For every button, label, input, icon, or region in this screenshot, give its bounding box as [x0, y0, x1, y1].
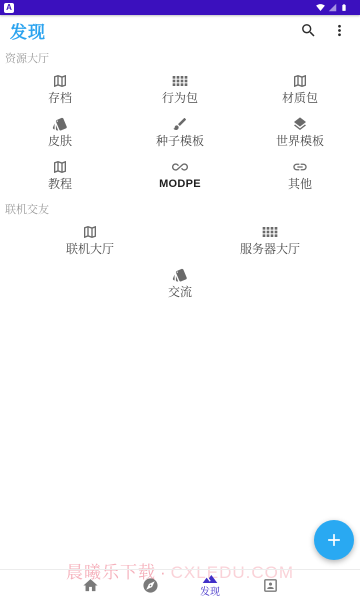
nav-item-explore[interactable] — [120, 570, 180, 600]
nav-item-label: 发现 — [200, 587, 220, 599]
signal-icon — [328, 3, 337, 12]
plus-icon — [324, 530, 344, 550]
map-icon — [52, 73, 68, 89]
page-title: 发现 — [10, 18, 46, 43]
search-icon[interactable] — [300, 22, 317, 39]
grid-item-seed-templates[interactable]: 种子模板 — [150, 116, 210, 148]
grid-item-label: 存档 — [48, 92, 72, 105]
grid-item-label: 服务器大厅 — [240, 243, 300, 256]
section-label: 联机交友 — [0, 197, 360, 218]
link-icon — [292, 159, 308, 175]
grid-item-chat[interactable]: 交流 — [150, 267, 210, 299]
infinity-icon — [172, 159, 188, 175]
grid-item-world-templates[interactable]: 世界模板 — [270, 116, 330, 148]
app-bar: 发现 — [0, 15, 360, 46]
grid-item-skins[interactable]: 皮肤 — [30, 116, 90, 148]
compass-icon — [142, 577, 159, 594]
grid-item-other[interactable]: 其他 — [270, 159, 330, 191]
nav-item-profile[interactable] — [240, 570, 300, 600]
app-notification-badge: A — [4, 3, 14, 13]
portrait-icon — [262, 577, 279, 594]
style-card-icon — [52, 116, 68, 132]
grid-item-tutorials[interactable]: 教程 — [30, 159, 90, 191]
grid-row: 教程 MODPE 其他 — [0, 153, 360, 196]
nav-item-home[interactable] — [60, 570, 120, 600]
status-bar: A — [0, 0, 360, 15]
status-icons — [316, 3, 356, 12]
layers-icon — [292, 116, 308, 132]
map-icon — [292, 73, 308, 89]
grid-item-modpe[interactable]: MODPE — [150, 159, 210, 190]
wifi-icon — [316, 3, 325, 12]
grid-row: 联机大厅 服务器大厅 — [0, 218, 360, 261]
section-label: 资源大厅 — [0, 46, 360, 67]
grid-row: 存档 行为包 材质包 — [0, 67, 360, 110]
grid-item-archives[interactable]: 存档 — [30, 73, 90, 105]
grid-item-label: 皮肤 — [48, 135, 72, 148]
style-card-icon — [172, 267, 188, 283]
grid-item-behavior-pack[interactable]: 行为包 — [150, 73, 210, 105]
map-icon — [82, 224, 98, 240]
grid-item-server-hall[interactable]: 服务器大厅 — [240, 224, 300, 256]
grid-item-label: 行为包 — [162, 92, 198, 105]
grid-row: 交流 — [0, 261, 360, 304]
grid-item-label: 其他 — [288, 178, 312, 191]
section-online-friends: 联机交友 联机大厅 服务器大厅 交流 — [0, 197, 360, 304]
nav-item-discover[interactable]: 发现 — [180, 570, 240, 600]
grid-item-label: 世界模板 — [276, 135, 324, 148]
grid-item-label: 材质包 — [282, 92, 318, 105]
home-icon — [82, 577, 99, 594]
grid-item-label: 联机大厅 — [66, 243, 114, 256]
grid-item-label: 教程 — [48, 178, 72, 191]
grid-item-label: MODPE — [159, 178, 201, 190]
overflow-menu-icon[interactable] — [331, 22, 348, 39]
grid-item-label: 交流 — [168, 286, 192, 299]
brush-icon — [172, 116, 188, 132]
grid-dots-icon — [172, 73, 188, 89]
grid-item-label: 种子模板 — [156, 135, 204, 148]
grid-item-texture-pack[interactable]: 材质包 — [270, 73, 330, 105]
grid-item-online-hall[interactable]: 联机大厅 — [60, 224, 120, 256]
add-fab-button[interactable] — [314, 520, 354, 560]
bottom-nav: 发现 — [0, 569, 360, 600]
mountain-icon — [202, 571, 218, 587]
battery-icon — [340, 3, 348, 12]
grid-dots-icon — [262, 224, 278, 240]
section-resource-hall: 资源大厅 存档 行为包 材质包 皮肤 种子模板 世界模板 — [0, 46, 360, 197]
grid-row: 皮肤 种子模板 世界模板 — [0, 110, 360, 153]
map-icon — [52, 159, 68, 175]
